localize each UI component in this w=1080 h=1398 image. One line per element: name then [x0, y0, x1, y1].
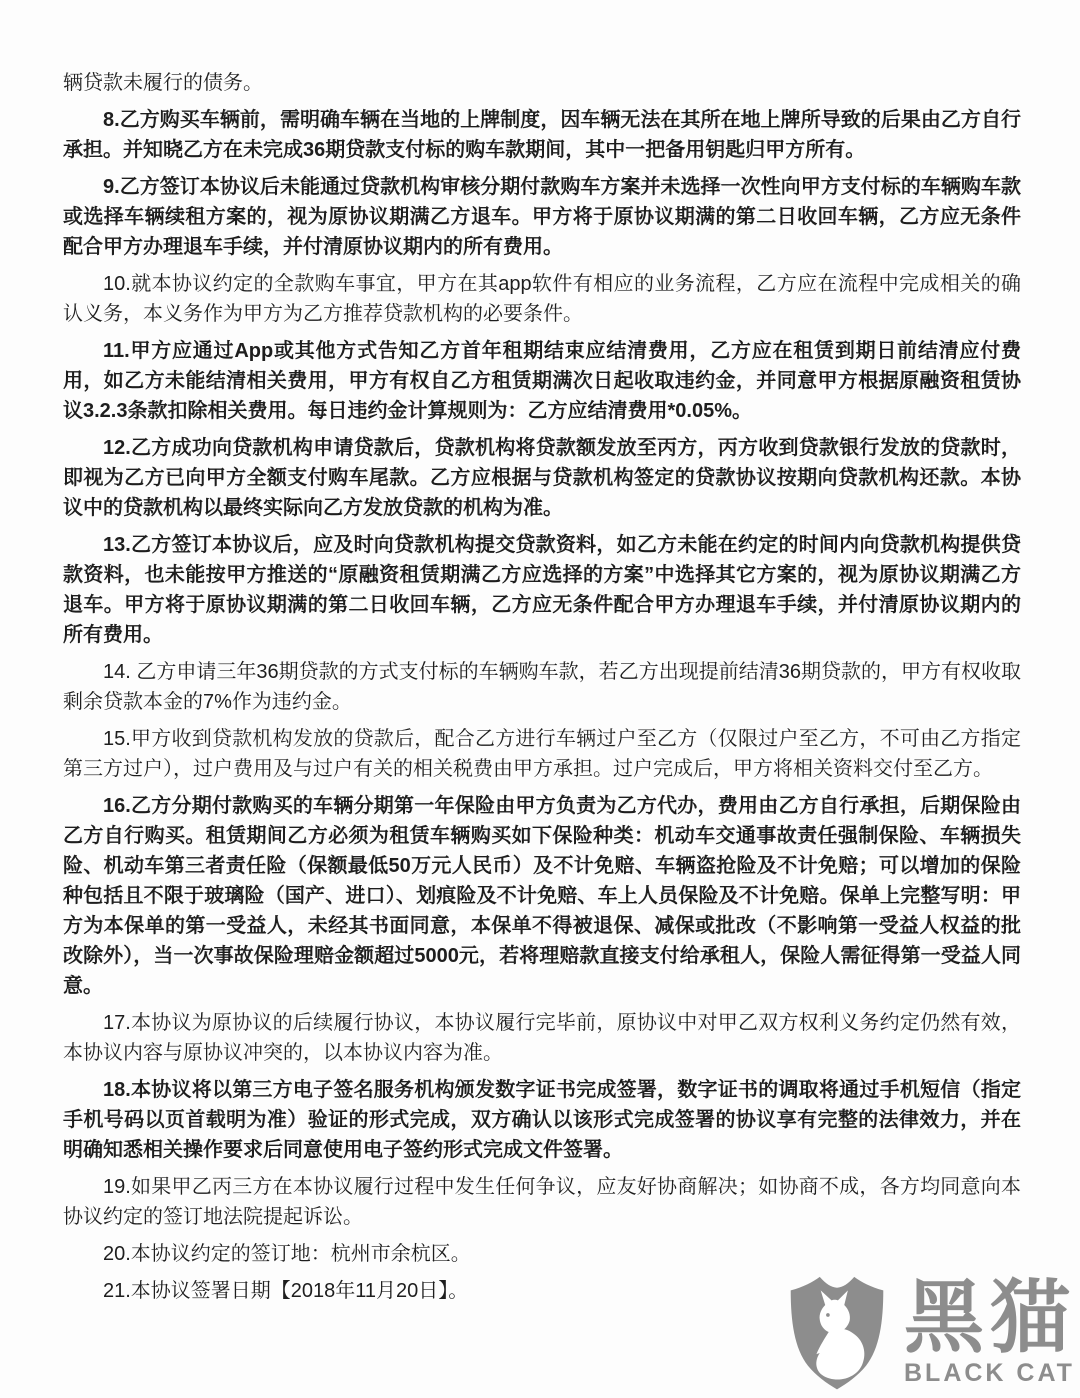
contract-paragraph: 8.乙方购买车辆前，需明确车辆在当地的上牌制度，因车辆无法在其所在地上牌所导致的…: [63, 105, 1021, 165]
contract-paragraph: 18.本协议将以第三方电子签名服务机构颁发数字证书完成签署，数字证书的调取将通过…: [63, 1075, 1021, 1165]
brand-text-block: 黑猫 BLACK CAT: [904, 1280, 1076, 1388]
contract-document: 辆贷款未履行的债务。8.乙方购买车辆前，需明确车辆在当地的上牌制度，因车辆无法在…: [63, 68, 1021, 1313]
contract-paragraph: 16.乙方分期付款购买的车辆分期第一年保险由甲方负责为乙方代办，费用由乙方自行承…: [63, 791, 1021, 1001]
contract-paragraph: 15.甲方收到贷款机构发放的贷款后，配合乙方进行车辆过户至乙方（仅限过户至乙方，…: [63, 724, 1021, 784]
contract-paragraph: 14. 乙方申请三年36期贷款的方式支付标的车辆购车款，若乙方出现提前结清36期…: [63, 657, 1021, 717]
brand-name-en: BLACK CAT: [904, 1359, 1075, 1388]
contract-paragraph: 10.就本协议约定的全款购车事宜，甲方在其app软件有相应的业务流程，乙方应在流…: [63, 269, 1021, 329]
contract-paragraph: 辆贷款未履行的债务。: [63, 68, 1021, 98]
contract-paragraph: 13.乙方签订本协议后，应及时向贷款机构提交贷款资料，如乙方未能在约定的时间内向…: [63, 530, 1021, 650]
contract-paragraph: 9.乙方签订本协议后未能通过贷款机构审核分期付款购车方案并未选择一次性向甲方支付…: [63, 172, 1021, 262]
contract-paragraph: 20.本协议约定的签订地：杭州市余杭区。: [63, 1239, 1021, 1269]
contract-paragraph: 12.乙方成功向贷款机构申请贷款后，贷款机构将贷款额发放至丙方，丙方收到贷款银行…: [63, 433, 1021, 523]
contract-paragraph: 11.甲方应通过App或其他方式告知乙方首年租期结束应结清费用，乙方应在租赁到期…: [63, 336, 1021, 426]
contract-paragraph: 19.如果甲乙丙三方在本协议履行过程中发生任何争议，应友好协商解决；如协商不成，…: [63, 1172, 1021, 1232]
shield-cat-icon: [778, 1274, 896, 1394]
blackcat-watermark: 黑猫 BLACK CAT: [778, 1274, 1076, 1394]
contract-page: 辆贷款未履行的债务。8.乙方购买车辆前，需明确车辆在当地的上牌制度，因车辆无法在…: [0, 0, 1080, 1398]
contract-paragraph: 17.本协议为原协议的后续履行协议，本协议履行完毕前，原协议中对甲乙双方权利义务…: [63, 1008, 1021, 1068]
contract-body: 辆贷款未履行的债务。8.乙方购买车辆前，需明确车辆在当地的上牌制度，因车辆无法在…: [63, 68, 1021, 1306]
brand-name-cn: 黑猫: [904, 1280, 1076, 1356]
